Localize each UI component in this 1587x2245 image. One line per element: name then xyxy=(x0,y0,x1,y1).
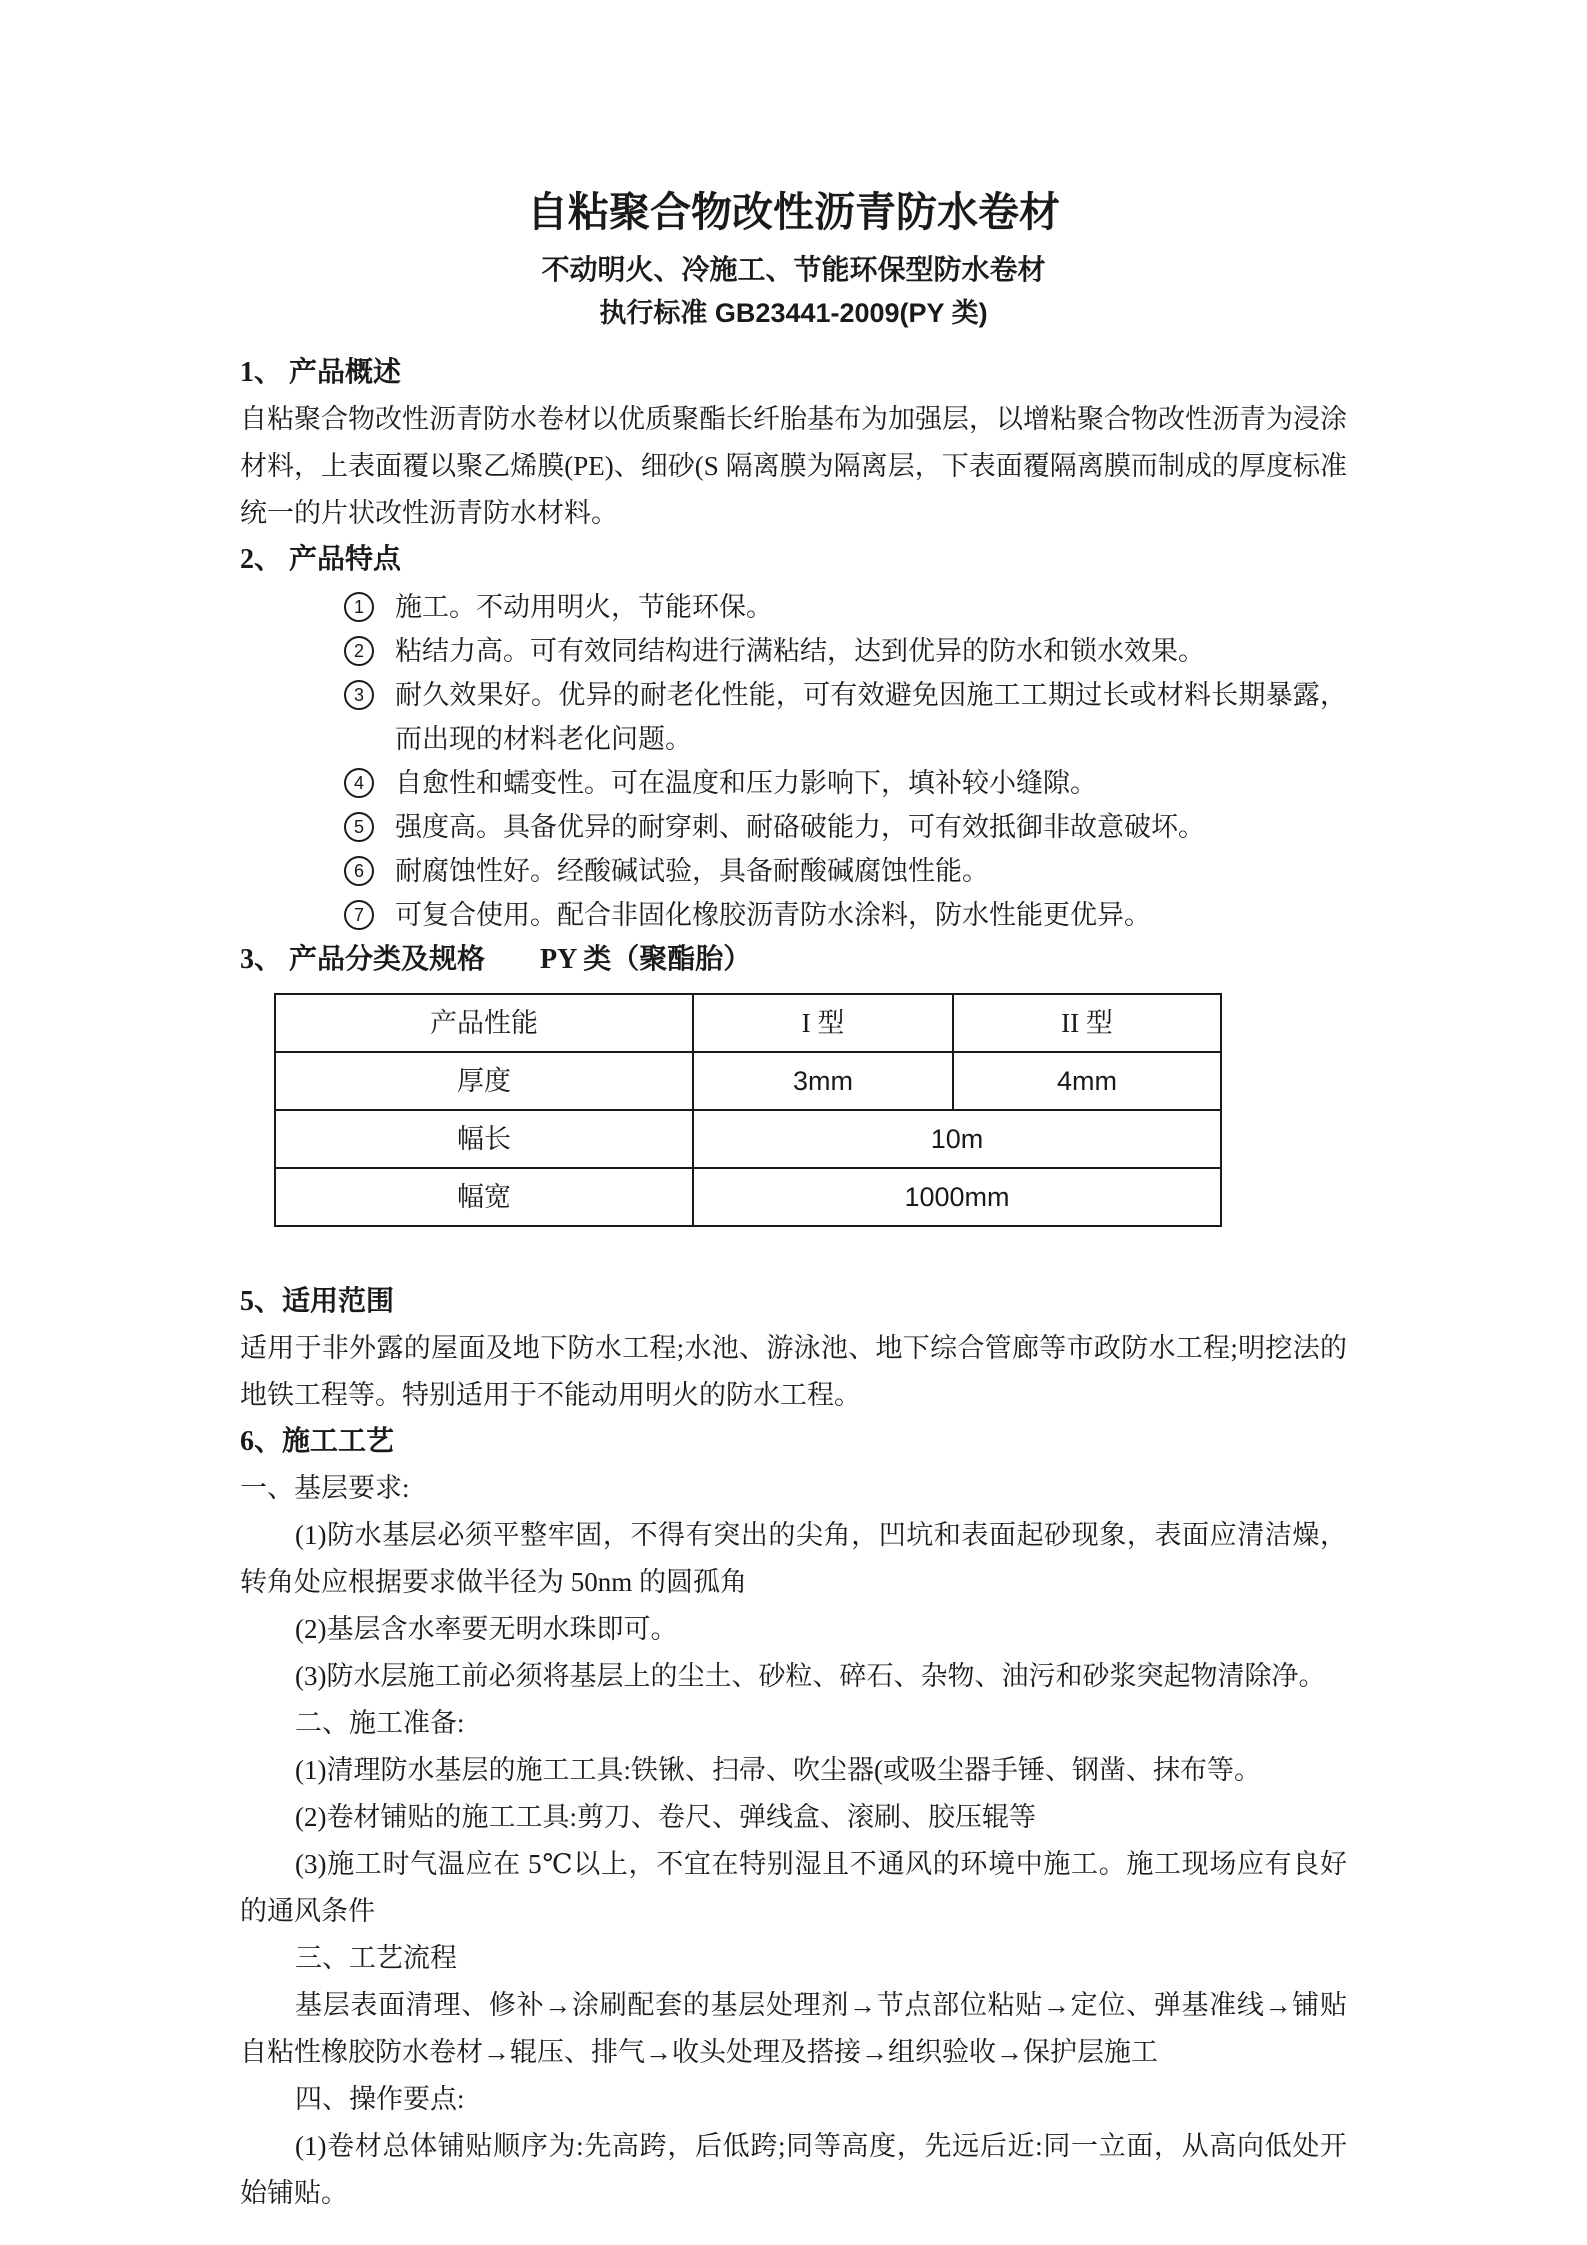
construction-paragraph: (3)施工时气温应在 5℃以上，不宜在特别湿且不通风的环境中施工。施工现场应有良… xyxy=(240,1841,1347,1935)
spec-value-width: 1000mm xyxy=(693,1168,1221,1226)
doc-standard-line: 执行标准 GB23441-2009(PY 类) xyxy=(240,292,1347,334)
table-row-thickness: 厚度 3mm 4mm xyxy=(275,1052,1221,1110)
document-page: 自粘聚合物改性沥青防水卷材 不动明火、冷施工、节能环保型防水卷材 执行标准 GB… xyxy=(0,0,1587,2245)
feature-item: 2 粘结力高。可有效同结构进行满粘结，达到优异的防水和锁水效果。 xyxy=(344,629,1347,673)
spec-value-thickness-type2: 4mm xyxy=(953,1052,1221,1110)
table-row-width: 幅宽 1000mm xyxy=(275,1168,1221,1226)
section-1-body: 自粘聚合物改性沥青防水卷材以优质聚酯长纤胎基布为加强层，以增粘聚合物改性沥青为浸… xyxy=(240,396,1347,537)
section-1-heading: 1、 产品概述 xyxy=(240,350,1347,396)
feature-item: 6 耐腐蚀性好。经酸碱试验，具备耐酸碱腐蚀性能。 xyxy=(344,849,1347,893)
feature-text: 可复合使用。配合非固化橡胶沥青防水涂料，防水性能更优异。 xyxy=(395,893,1347,937)
spec-header-property: 产品性能 xyxy=(275,994,693,1052)
section-2-heading: 2、 产品特点 xyxy=(240,537,1347,583)
construction-paragraph: (1)防水基层必须平整牢固，不得有突出的尖角，凹坑和表面起砂现象，表面应清洁燥，… xyxy=(240,1512,1347,1606)
table-row-header: 产品性能 I 型 II 型 xyxy=(275,994,1221,1052)
doc-title: 自粘聚合物改性沥青防水卷材 xyxy=(240,186,1347,238)
construction-paragraph: 一、基层要求: xyxy=(240,1465,1347,1512)
circled-number-marker: 7 xyxy=(344,900,374,930)
section-6-body: 一、基层要求: (1)防水基层必须平整牢固，不得有突出的尖角，凹坑和表面起砂现象… xyxy=(240,1465,1347,2217)
construction-paragraph: 三、工艺流程 xyxy=(240,1935,1347,1982)
circled-number-marker: 5 xyxy=(344,812,374,842)
construction-paragraph: (3)防水层施工前必须将基层上的尘土、砂粒、碎石、杂物、油污和砂浆突起物清除净。 xyxy=(240,1653,1347,1700)
circled-number-marker: 1 xyxy=(344,592,374,622)
feature-text: 自愈性和蠕变性。可在温度和压力影响下，填补较小缝隙。 xyxy=(395,761,1347,805)
spec-header-type1: I 型 xyxy=(693,994,953,1052)
feature-item: 1 施工。不动用明火，节能环保。 xyxy=(344,585,1347,629)
section-5-body: 适用于非外露的屋面及地下防水工程;水池、游泳池、地下综合管廊等市政防水工程;明挖… xyxy=(240,1325,1347,1419)
doc-subtitle: 不动明火、冷施工、节能环保型防水卷材 xyxy=(240,250,1347,292)
spec-label-width: 幅宽 xyxy=(275,1168,693,1226)
construction-paragraph: (1)卷材总体铺贴顺序为:先高跨，后低跨;同等高度，先远后近:同一立面，从高向低… xyxy=(240,2123,1347,2217)
circled-number-marker: 6 xyxy=(344,856,374,886)
circled-number-marker: 3 xyxy=(344,680,374,710)
table-row-length: 幅长 10m xyxy=(275,1110,1221,1168)
spec-value-thickness-type1: 3mm xyxy=(693,1052,953,1110)
construction-paragraph: (2)基层含水率要无明水珠即可。 xyxy=(240,1606,1347,1653)
spec-label-length: 幅长 xyxy=(275,1110,693,1168)
section-5-heading: 5、适用范围 xyxy=(240,1279,1347,1325)
section-3-heading: 3、 产品分类及规格 PY 类（聚酯胎） xyxy=(240,937,1347,983)
construction-paragraph: 二、施工准备: xyxy=(240,1700,1347,1747)
construction-paragraph: 基层表面清理、修补→涂刷配套的基层处理剂→节点部位粘贴→定位、弹基准线→铺贴自粘… xyxy=(240,1982,1347,2076)
feature-item: 5 强度高。具备优异的耐穿刺、耐硌破能力，可有效抵御非故意破坏。 xyxy=(344,805,1347,849)
construction-paragraph: 四、操作要点: xyxy=(240,2076,1347,2123)
section-3-heading-label: 3、 产品分类及规格 xyxy=(240,944,485,975)
feature-list: 1 施工。不动用明火，节能环保。 2 粘结力高。可有效同结构进行满粘结，达到优异… xyxy=(240,585,1347,937)
circled-number-marker: 2 xyxy=(344,636,374,666)
feature-text: 粘结力高。可有效同结构进行满粘结，达到优异的防水和锁水效果。 xyxy=(395,629,1347,673)
feature-text: 耐腐蚀性好。经酸碱试验，具备耐酸碱腐蚀性能。 xyxy=(395,849,1347,893)
spec-table: 产品性能 I 型 II 型 厚度 3mm 4mm 幅长 10m 幅宽 1000m… xyxy=(274,993,1222,1227)
feature-item: 7 可复合使用。配合非固化橡胶沥青防水涂料，防水性能更优异。 xyxy=(344,893,1347,937)
feature-item: 3 耐久效果好。优异的耐老化性能，可有效避免因施工工期过长或材料长期暴露，而出现… xyxy=(344,673,1347,761)
spec-header-type2: II 型 xyxy=(953,994,1221,1052)
feature-text: 强度高。具备优异的耐穿刺、耐硌破能力，可有效抵御非故意破坏。 xyxy=(395,805,1347,849)
feature-text: 耐久效果好。优异的耐老化性能，可有效避免因施工工期过长或材料长期暴露，而出现的材… xyxy=(395,673,1347,761)
spec-label-thickness: 厚度 xyxy=(275,1052,693,1110)
spec-value-length: 10m xyxy=(693,1110,1221,1168)
section-3-heading-note: PY 类（聚酯胎） xyxy=(540,944,751,975)
circled-number-marker: 4 xyxy=(344,768,374,798)
section-6-heading: 6、施工工艺 xyxy=(240,1419,1347,1465)
feature-text: 施工。不动用明火，节能环保。 xyxy=(395,585,1347,629)
construction-paragraph: (1)清理防水基层的施工工具:铁锹、扫帚、吹尘器(或吸尘器手锤、钢凿、抹布等。 xyxy=(240,1747,1347,1794)
feature-item: 4 自愈性和蠕变性。可在温度和压力影响下，填补较小缝隙。 xyxy=(344,761,1347,805)
construction-paragraph: (2)卷材铺贴的施工工具:剪刀、卷尺、弹线盒、滚刷、胶压辊等 xyxy=(240,1794,1347,1841)
